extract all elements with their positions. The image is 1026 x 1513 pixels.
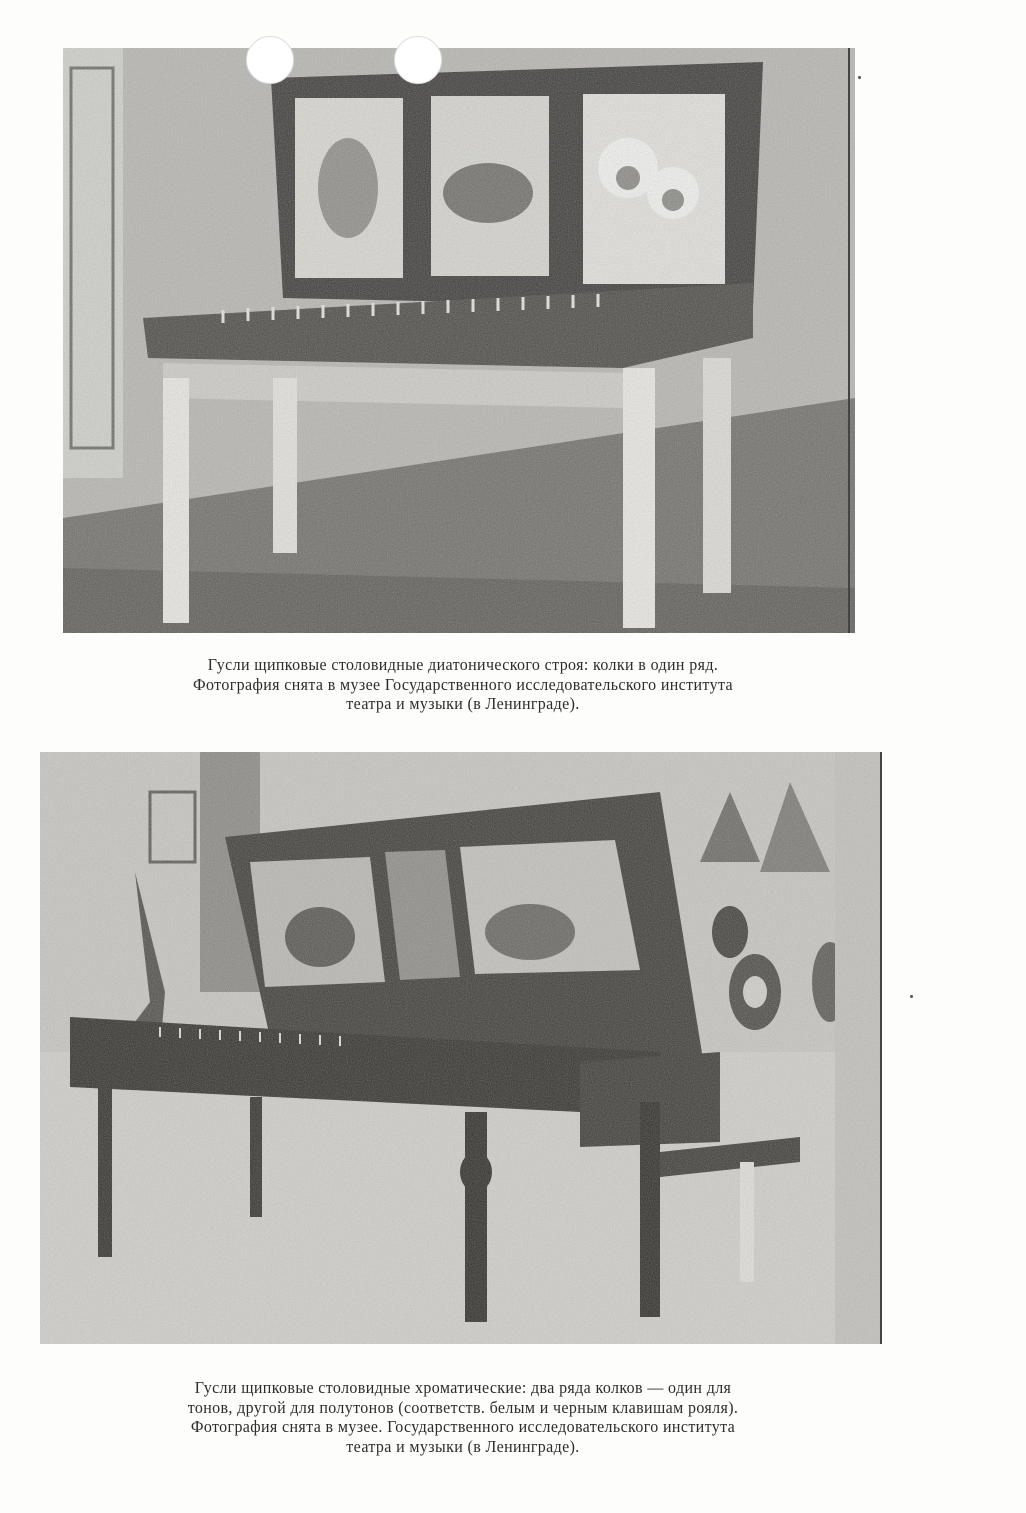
caption-line: Гусли щипковые столовидные хроматические… bbox=[47, 1378, 880, 1398]
caption-line: Фотография снята в музее. Государственно… bbox=[47, 1417, 880, 1437]
caption-line: Фотография снята в музее Государственног… bbox=[47, 675, 880, 695]
photo-diatonic-gusli bbox=[63, 48, 855, 633]
caption-line: Гусли щипковые столовидные диатоническог… bbox=[47, 655, 880, 675]
photo-edge bbox=[880, 752, 882, 1344]
photo-chromatic-gusli bbox=[40, 752, 880, 1344]
caption-line: театра и музыки (в Ленинграде). bbox=[47, 694, 880, 714]
punch-hole bbox=[394, 36, 442, 84]
caption-figure-2: Гусли щипковые столовидные хроматические… bbox=[47, 1378, 880, 1456]
photo-diatonic-gusli-illustration bbox=[63, 48, 855, 633]
speck bbox=[910, 995, 913, 998]
punch-hole bbox=[246, 36, 294, 84]
caption-figure-1: Гусли щипковые столовидные диатоническог… bbox=[47, 655, 880, 714]
caption-line: тонов, другой для полутонов (соответств.… bbox=[47, 1398, 880, 1418]
photo-edge bbox=[848, 48, 850, 633]
speck bbox=[858, 76, 861, 79]
caption-line: театра и музыки (в Ленинграде). bbox=[47, 1437, 880, 1457]
photo-chromatic-gusli-illustration bbox=[40, 752, 880, 1344]
